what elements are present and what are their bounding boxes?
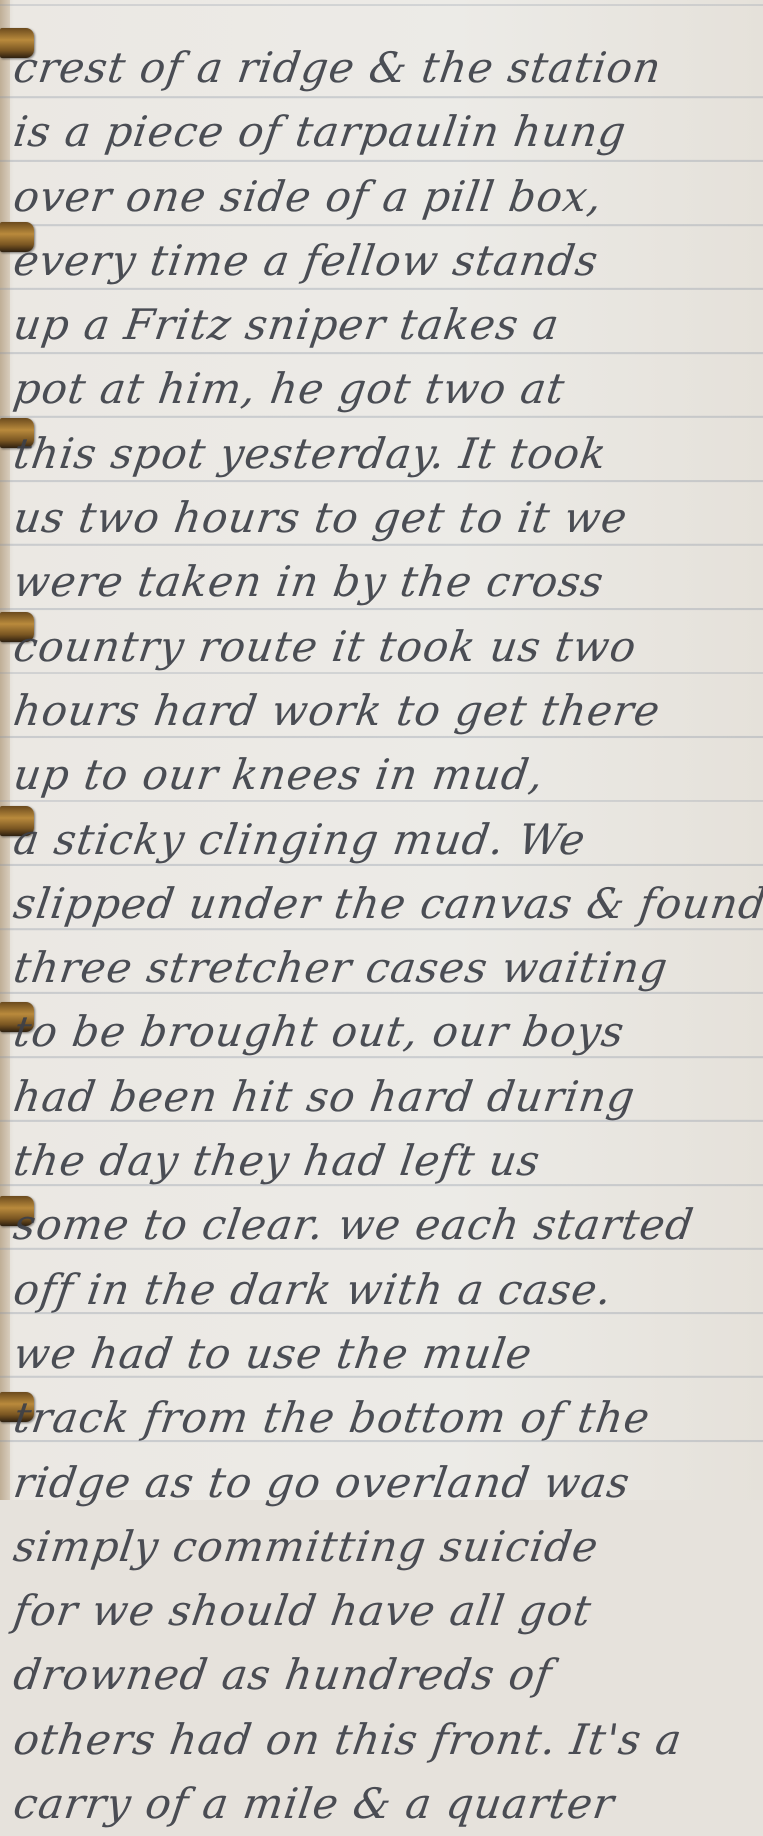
text-line: is a piece of tarpaulin hung bbox=[9, 100, 758, 164]
text-line: had been hit so hard during bbox=[9, 1065, 758, 1129]
text-line: track from the bottom of the bbox=[9, 1386, 758, 1450]
text-line: three stretcher cases waiting bbox=[9, 936, 758, 1000]
text-line: up a Fritz sniper takes a bbox=[9, 293, 758, 357]
text-line: country route it took us two bbox=[9, 615, 758, 679]
text-line: crest of a ridge & the station bbox=[9, 36, 758, 100]
text-line: to be brought out, our boys bbox=[9, 1000, 758, 1064]
text-line: hours hard work to get there bbox=[9, 679, 758, 743]
text-line: off in the dark with a case. bbox=[9, 1258, 758, 1322]
text-line: every time a fellow stands bbox=[9, 229, 758, 293]
text-line: were taken in by the cross bbox=[9, 550, 758, 614]
text-line: a sticky clinging mud. We bbox=[9, 808, 758, 872]
text-line: the day they had left us bbox=[9, 1129, 758, 1193]
text-line: up to our knees in mud, bbox=[9, 743, 758, 807]
text-line: some to clear. we each started bbox=[9, 1193, 758, 1257]
text-line: ridge as to go overland was bbox=[9, 1451, 758, 1500]
text-line: slipped under the canvas & found bbox=[9, 872, 758, 936]
text-line: this spot yesterday. It took bbox=[9, 422, 758, 486]
text-line: us two hours to get to it we bbox=[9, 486, 758, 550]
text-line: we had to use the mule bbox=[9, 1322, 758, 1386]
handwritten-text: crest of a ridge & the station is a piec… bbox=[14, 36, 754, 1500]
diary-page: crest of a ridge & the station is a piec… bbox=[0, 0, 763, 1500]
text-line: pot at him, he got two at bbox=[9, 357, 758, 421]
text-line: over one side of a pill box, bbox=[9, 165, 758, 229]
